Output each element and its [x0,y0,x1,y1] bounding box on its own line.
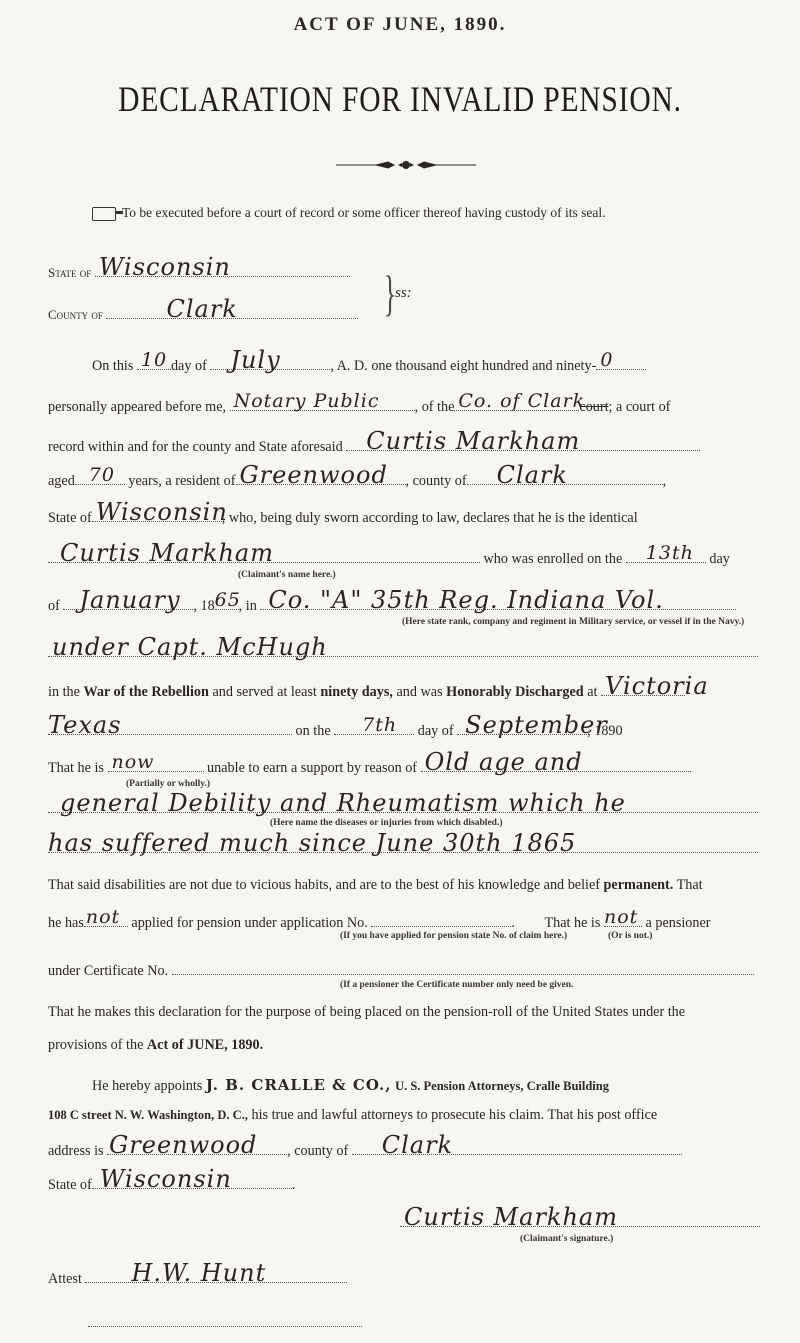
attest-field[interactable]: H.W. Hunt [85,1268,347,1283]
cert-caption: (If a pensioner the Certificate number o… [340,980,573,990]
po-row: address is Greenwood, county of Clark [48,1140,682,1160]
claimant-field[interactable]: Curtis Markham [346,436,700,451]
po-state-value: Wisconsin [100,1170,232,1188]
state-label: State of [48,265,91,280]
applied-value: not [86,908,120,926]
text: , of the [415,399,455,415]
discharge-date-row: Texas on the 7th day of September, 1890 [48,720,623,740]
disease-cont-field[interactable]: has suffered much since June 30th 1865 [48,838,758,853]
provisions-row: provisions of the Act of JUNE, 1890. [48,1036,263,1054]
ability-field[interactable]: now [108,757,204,772]
res-county-field[interactable]: Clark [467,470,663,485]
disability-row: That he is now unable to earn a support … [48,757,691,777]
residence-field[interactable]: Greenwood [236,470,406,485]
text: , who, being duly sworn according to law… [222,510,638,526]
claimant-signature: Curtis Markham [404,1208,618,1226]
text: at [587,684,597,700]
county-value: Clark [166,300,237,318]
pointing-hand-icon [92,207,116,221]
discharge-day-value: 7th [362,716,397,734]
age-value: 70 [89,466,115,484]
year-value: 0 [600,351,613,369]
county-row: County of Clark [48,304,358,324]
discharge-day-field[interactable]: 7th [334,720,414,735]
vicious-row: That said disabilities are not due to vi… [48,876,703,894]
text: a pensioner [646,915,711,931]
day-field[interactable]: 10 [137,355,171,370]
text: , county of [287,1143,348,1159]
enrolled-month-field[interactable]: January [63,595,193,610]
text: day of [418,723,454,739]
discharge-month-field[interactable]: September [457,720,587,735]
purpose-row: That he makes this declaration for the p… [48,1003,685,1021]
text: , county of [406,473,467,489]
text: He hereby appoints [92,1078,202,1094]
ability-value: now [112,753,155,771]
enrolled-row: Curtis Markham who was enrolled on the 1… [48,548,730,568]
text: That said disabilities are not due to vi… [48,877,600,893]
text: under Certificate No. [48,963,168,979]
applied-field[interactable]: not [84,912,128,927]
po-county-value: Clark [382,1136,453,1154]
state-row: State of Wisconsin [48,262,350,282]
text: Honorably Discharged [446,684,584,700]
res-state-field[interactable]: Wisconsin [92,507,222,522]
address-row: 108 C street N. W. Washington, D. C., hi… [48,1106,657,1124]
date-row: On this 10day of July, A. D. one thousan… [92,355,646,375]
po-value: Greenwood [109,1136,257,1154]
text: he has [48,915,84,931]
year-field[interactable]: 0 [596,355,646,370]
or-not-caption: (Or is not.) [608,931,652,941]
month-field[interactable]: July [210,355,330,370]
record-row: record within and for the county and Sta… [48,436,700,456]
text: On this [92,358,133,374]
res-state-value: Wisconsin [96,503,228,521]
county-label: County of [48,307,103,322]
claimant-signature-field[interactable]: Curtis Markham [400,1212,760,1227]
text: days, [362,684,393,700]
certificate-field[interactable] [172,960,754,975]
text: years, a resident of [128,473,235,489]
execution-note: To be executed before a court of record … [92,205,606,221]
application-row: he hasnot applied for pension under appl… [48,912,711,932]
text: 108 C street N. W. Washington, D. C., [48,1108,248,1122]
text: ninety [320,684,358,700]
officer-row: personally appeared before me, Notary Pu… [48,396,670,416]
enrolled-day-value: 13th [646,544,694,562]
text: , in [239,598,257,614]
text: and was [397,684,443,700]
attest-row: Attest H.W. Hunt [48,1268,347,1288]
reason-value: Old age and [425,753,583,771]
appoints-row: He hereby appoints J. B. CRALLE & CO., U… [92,1076,609,1095]
unit-cont-value: under Capt. McHugh [52,638,328,656]
residence-value: Greenwood [240,466,388,484]
partially-caption: (Partially or wholly.) [126,779,210,789]
state-value: Wisconsin [99,258,231,276]
officer-value: Notary Public [234,392,380,410]
enrolled-date-row: of January, 1865, in Co. "A" 35th Reg. I… [48,595,736,615]
text: unable to earn a support by reason of [207,760,417,776]
text: who was enrolled on the [484,551,623,567]
text: That he makes this declaration for the p… [48,1004,685,1020]
officer-field[interactable]: Notary Public [230,396,415,411]
disease-value: general Debility and Rheumatism which he [60,794,626,812]
attest2-row [88,1312,362,1332]
text: State of [48,510,92,526]
certificate-row: under Certificate No. [48,960,754,980]
text: permanent. [604,877,674,893]
ss-label: ss: [395,285,412,302]
application-no-field[interactable] [371,912,511,927]
text: in the [48,684,80,700]
disease-cont-value: has suffered much since June 30th 1865 [48,834,576,852]
text: Act of JUNE, 1890. [147,1037,263,1053]
text: of [48,598,60,614]
document-title: DECLARATION FOR INVALID PENSION. [72,78,728,120]
app-caption: (If you have applied for pension state N… [340,931,567,941]
po-state-row: State ofWisconsin. [48,1174,295,1194]
claimant-value: Curtis Markham [366,432,580,450]
text: That he is [48,760,104,776]
text: and served at least [212,684,316,700]
execution-note-text: To be executed before a court of record … [122,205,606,220]
discharge-place-value: Victoria [605,677,709,695]
claimant-signature-row: Curtis Markham [400,1212,760,1232]
day-value: 10 [141,351,167,369]
unit-caption: (Here state rank, company and regiment i… [402,617,744,627]
court-value: Co. of Clark [458,392,585,410]
disease-field[interactable]: general Debility and Rheumatism which he [48,798,758,813]
text: personally appeared before me, [48,399,226,415]
text: applied for pension under application No… [131,915,367,931]
county-field[interactable]: Clark [106,304,358,319]
discharge-place2-value: Texas [48,716,122,734]
act-heading: ACT OF JUNE, 1890. [0,14,800,36]
text: his true and lawful attorneys to prosecu… [251,1107,657,1123]
text: day [709,551,730,567]
name-caption: (Claimant's name here.) [238,570,336,580]
pensioner-value: not [604,908,638,926]
text: War of the Rebellion [83,684,208,700]
text: ; a court of [609,399,671,415]
text: That he is [544,915,600,931]
disease-cont-row: has suffered much since June 30th 1865 [48,838,758,858]
text: provisions of the [48,1037,143,1053]
firm-name: J. B. CRALLE & CO., [206,1076,392,1094]
text: on the [296,723,331,739]
attest2-field[interactable] [88,1312,362,1327]
text: , 18 [193,598,214,614]
unit-cont-row: under Capt. McHugh [48,642,758,662]
identical-name-value: Curtis Markham [60,544,274,562]
discharge-month-value: September [465,716,608,734]
age-row: aged70 years, a resident ofGreenwood, co… [48,470,666,490]
text: aged [48,473,75,489]
text: Attest [48,1271,82,1287]
disease-caption: (Here name the diseases or injuries from… [270,818,502,828]
text: day of [171,358,207,374]
enrolled-month-value: January [79,591,180,609]
unit-value: Co. "A" 35th Reg. Indiana Vol. [268,591,663,609]
pensioner-field[interactable]: not [604,912,642,927]
enrolled-day-field[interactable]: 13th [626,548,706,563]
reason-field[interactable]: Old age and [421,757,691,772]
month-value: July [230,351,280,369]
court-field[interactable]: Co. of Clark [454,396,579,411]
enrolled-year-value: 65 [215,591,241,609]
war-row: in the War of the Rebellion and served a… [48,681,685,701]
po-field[interactable]: Greenwood [107,1140,287,1155]
unit-cont-field[interactable]: under Capt. McHugh [48,642,758,657]
identical-name-field[interactable]: Curtis Markham [48,548,480,563]
claimant-signature-caption: (Claimant's signature.) [520,1234,613,1244]
res-county-value: Clark [497,466,568,484]
text: address is [48,1143,104,1159]
text: That [677,877,703,893]
age-field[interactable]: 70 [75,470,125,485]
pension-declaration-page: ACT OF JUNE, 1890. DECLARATION FOR INVAL… [0,0,800,1343]
state-sworn-row: State ofWisconsin, who, being duly sworn… [48,507,638,527]
text: U. S. Pension Attorneys, Cralle Building [395,1079,609,1093]
po-state-field[interactable]: Wisconsin [92,1174,292,1189]
text: State of [48,1177,92,1193]
discharge-place-field[interactable]: Victoria [601,681,685,696]
text: record within and for the county and Sta… [48,439,343,455]
attest-signature: H.W. Hunt [131,1264,266,1282]
discharge-place2-field[interactable]: Texas [48,720,292,735]
disease-row: general Debility and Rheumatism which he [48,798,758,818]
ornament-divider [336,160,476,170]
text: , A. D. one thousand eight hundred and n… [330,358,596,374]
text: , [663,473,667,489]
unit-field[interactable]: Co. "A" 35th Reg. Indiana Vol. [260,595,736,610]
po-county-field[interactable]: Clark [352,1140,682,1155]
enrolled-year-field[interactable]: 65 [215,595,239,610]
state-field[interactable]: Wisconsin [95,262,350,277]
